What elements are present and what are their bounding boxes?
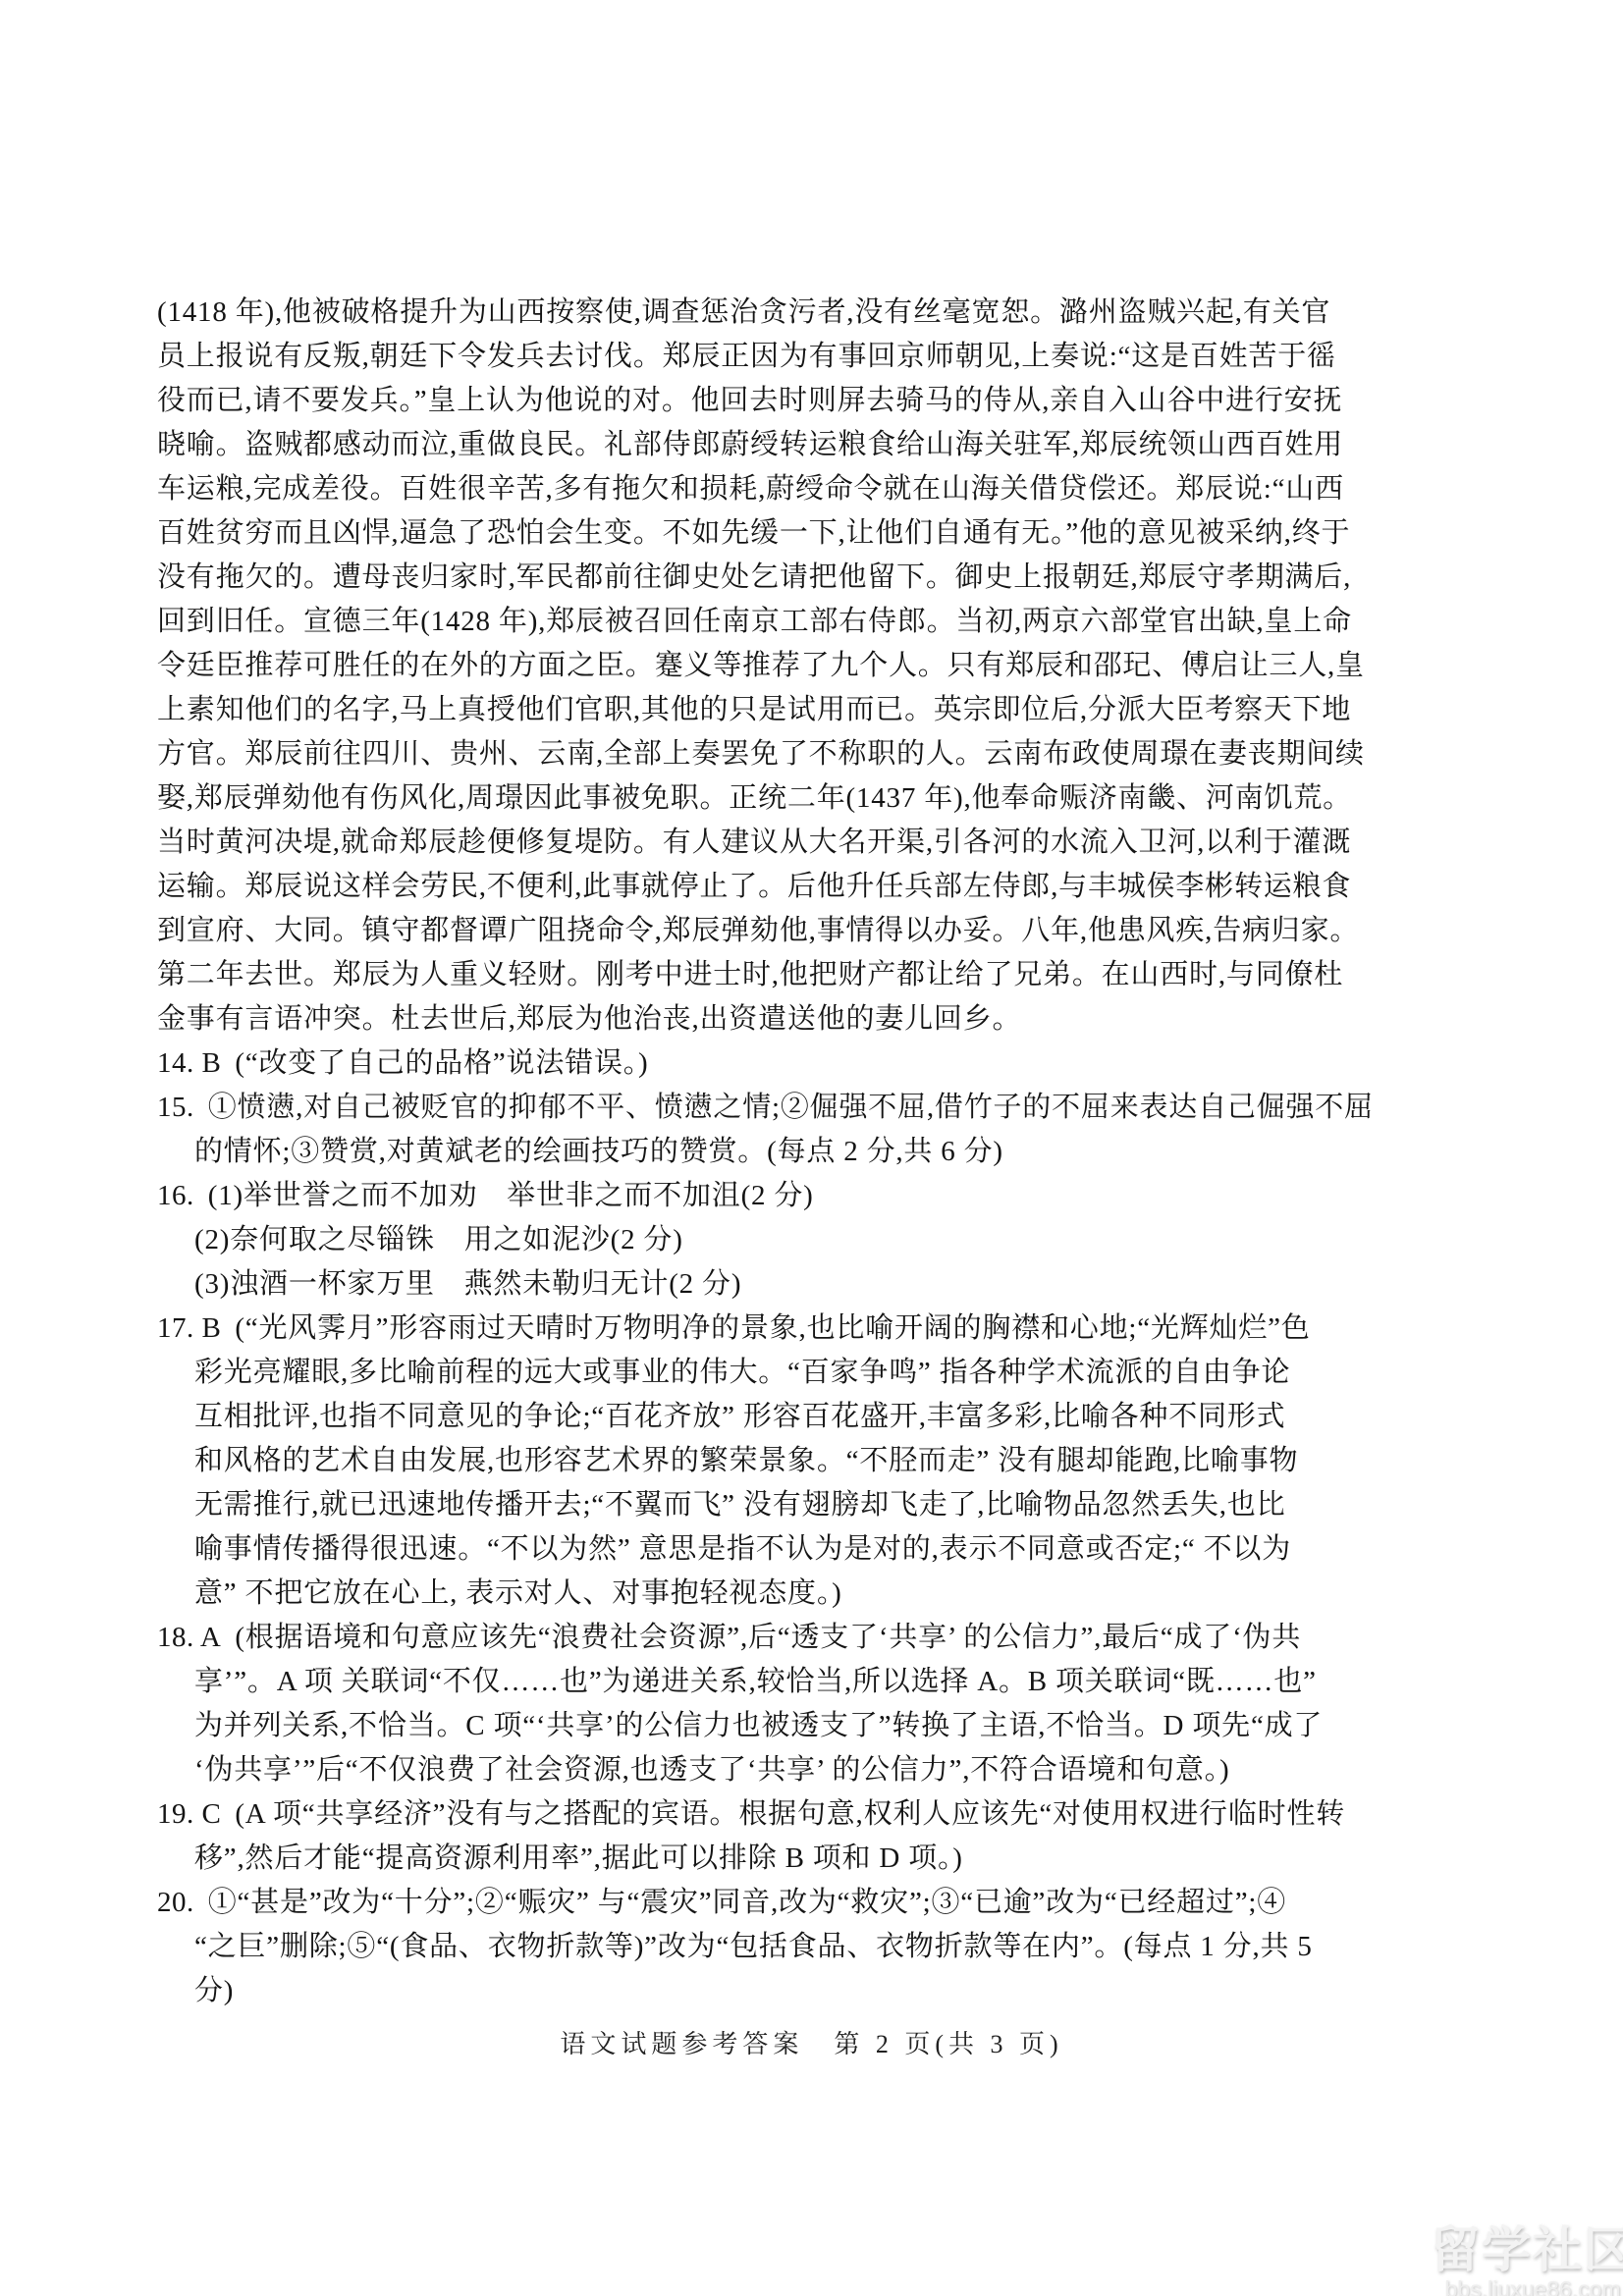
paragraph-line: 百姓贫穷而且凶悍,逼急了恐怕会生变。不如先缓一下,让他们自通有无。”他的意见被采… bbox=[157, 511, 1512, 556]
answer-line: 15.①愤懑,对自己被贬官的抑郁不平、愤懑之情;②倔强不屈,借竹子的不屈来表达自… bbox=[157, 1086, 1512, 1130]
answer-item-20: 20.①“甚是”改为“十分”;②“赈灾” 与“震灾”同音,改为“救灾”;③“已逾… bbox=[157, 1881, 1512, 2013]
paragraph-line: 车运粮,完成差役。百姓很辛苦,多有拖欠和损耗,蔚绶命令就在山海关借贷偿还。郑辰说… bbox=[157, 467, 1512, 511]
answer-line: “之巨”删除;⑤“(食品、衣物折款等)”改为“包括食品、衣物折款等在内”。(每点… bbox=[157, 1925, 1512, 1969]
item-number: 17. B bbox=[157, 1307, 221, 1351]
paragraph-line: 役而已,请不要发兵。”皇上认为他说的对。他回去时则屏去骑马的侍从,亲自入山谷中进… bbox=[157, 379, 1512, 423]
item-text: (“改变了自己的品格”说法错误。) bbox=[235, 1047, 648, 1079]
paragraph-line: 晓喻。盗贼都感动而泣,重做良民。礼部侍郎蔚绶转运粮食给山海关驻军,郑辰统领山西百… bbox=[157, 423, 1512, 467]
item-number: 14. B bbox=[157, 1041, 221, 1086]
paragraph-line: 回到旧任。宣德三年(1428 年),郑辰被召回任南京工部右侍郎。当初,两京六部堂… bbox=[157, 600, 1512, 644]
answer-line: 17. B(“光风霁月”形容雨过天晴时万物明净的景象,也比喻开阔的胸襟和心地;“… bbox=[157, 1307, 1512, 1351]
item-text: ①“甚是”改为“十分”;②“赈灾” 与“震灾”同音,改为“救灾”;③“已逾”改为… bbox=[208, 1887, 1286, 1918]
answer-line: 互相批评,也指不同意见的争论;“百花齐放” 形容百花盛开,丰富多彩,比喻各种不同… bbox=[157, 1395, 1512, 1439]
answer-item-16: 16.(1)举世誉之而不加劝 举世非之而不加沮(2 分) (2)奈何取之尽锱铢 … bbox=[157, 1174, 1512, 1307]
answer-line: 的情怀;③赞赏,对黄斌老的绘画技巧的赞赏。(每点 2 分,共 6 分) bbox=[157, 1130, 1512, 1174]
answer-item-15: 15.①愤懑,对自己被贬官的抑郁不平、愤懑之情;②倔强不屈,借竹子的不屈来表达自… bbox=[157, 1086, 1512, 1174]
answer-item-19: 19. C(A 项“共享经济”没有与之搭配的宾语。根据句意,权利人应该先“对使用… bbox=[157, 1792, 1512, 1881]
watermark-logo: 留学社区 bbox=[1431, 2223, 1623, 2277]
item-text: (“光风霁月”形容雨过天晴时万物明净的景象,也比喻开阔的胸襟和心地;“光辉灿烂”… bbox=[235, 1312, 1310, 1344]
answer-line: 喻事情传播得很迅速。“不以为然” 意思是指不认为是对的,表示不同意或否定;“ 不… bbox=[157, 1527, 1512, 1572]
paragraph-line: 没有拖欠的。遭母丧归家时,军民都前往御史处乞请把他留下。御史上报朝廷,郑辰守孝期… bbox=[157, 556, 1512, 600]
answer-line: 16.(1)举世誉之而不加劝 举世非之而不加沮(2 分) bbox=[157, 1174, 1512, 1218]
item-number: 16. bbox=[157, 1174, 194, 1218]
scanned-answer-page: (1418 年),他被破格提升为山西按察使,调查惩治贪污者,没有丝毫宽恕。潞州盗… bbox=[0, 0, 1623, 2296]
paragraph-line: 运输。郑辰说这样会劳民,不便利,此事就停止了。后他升任兵部左侍郎,与丰城侯李彬转… bbox=[157, 865, 1512, 909]
answer-line: 分) bbox=[157, 1969, 1512, 2013]
item-text: (根据语境和句意应该先“浪费社会资源”,后“透支了‘共享’ 的公信力”,最后“成… bbox=[235, 1622, 1301, 1653]
answer-line: 20.①“甚是”改为“十分”;②“赈灾” 与“震灾”同音,改为“救灾”;③“已逾… bbox=[157, 1881, 1512, 1925]
answer-line: 为并列关系,不恰当。C 项“‘共享’的公信力也被透支了”转换了主语,不恰当。D … bbox=[157, 1704, 1512, 1748]
answer-line: (2)奈何取之尽锱铢 用之如泥沙(2 分) bbox=[157, 1218, 1512, 1262]
item-number: 18. A bbox=[157, 1616, 221, 1660]
paragraph-line: 到宣府、大同。镇守都督谭广阻挠命令,郑辰弹劾他,事情得以办妥。八年,他患风疾,告… bbox=[157, 909, 1512, 953]
answer-line: (3)浊酒一杯家万里 燕然未勒归无计(2 分) bbox=[157, 1262, 1512, 1307]
answer-line: 19. C(A 项“共享经济”没有与之搭配的宾语。根据句意,权利人应该先“对使用… bbox=[157, 1792, 1512, 1837]
answer-line: 18. A(根据语境和句意应该先“浪费社会资源”,后“透支了‘共享’ 的公信力”… bbox=[157, 1616, 1512, 1660]
answer-line: 移”,然后才能“提高资源利用率”,据此可以排除 B 项和 D 项。) bbox=[157, 1837, 1512, 1881]
item-text: ①愤懑,对自己被贬官的抑郁不平、愤懑之情;②倔强不屈,借竹子的不屈来表达自己倔强… bbox=[208, 1092, 1374, 1123]
item-number: 20. bbox=[157, 1881, 194, 1925]
item-text: (1)举世誉之而不加劝 举世非之而不加沮(2 分) bbox=[208, 1180, 814, 1211]
answer-item-18: 18. A(根据语境和句意应该先“浪费社会资源”,后“透支了‘共享’ 的公信力”… bbox=[157, 1616, 1512, 1792]
translation-paragraph: (1418 年),他被破格提升为山西按察使,调查惩治贪污者,没有丝毫宽恕。潞州盗… bbox=[157, 291, 1512, 1041]
watermark: 留学社区 bbs.liuxue86.com bbox=[1431, 2223, 1623, 2296]
answer-item-14: 14. B(“改变了自己的品格”说法错误。) bbox=[157, 1041, 1512, 1086]
item-text: (A 项“共享经济”没有与之搭配的宾语。根据句意,权利人应该先“对使用权进行临时… bbox=[235, 1798, 1345, 1830]
item-number: 15. bbox=[157, 1086, 194, 1130]
paragraph-line: (1418 年),他被破格提升为山西按察使,调查惩治贪污者,没有丝毫宽恕。潞州盗… bbox=[157, 291, 1512, 335]
paragraph-line: 上素知他们的名字,马上真授他们官职,其他的只是试用而已。英宗即位后,分派大臣考察… bbox=[157, 688, 1512, 732]
answer-item-17: 17. B(“光风霁月”形容雨过天晴时万物明净的景象,也比喻开阔的胸襟和心地;“… bbox=[157, 1307, 1512, 1616]
answer-line: 意” 不把它放在心上, 表示对人、对事抱轻视态度。) bbox=[157, 1572, 1512, 1616]
paragraph-line: 令廷臣推荐可胜任的在外的方面之臣。蹇义等推荐了九个人。只有郑辰和邵玘、傅启让三人… bbox=[157, 644, 1512, 688]
paragraph-line: 娶,郑辰弹劾他有伤风化,周璟因此事被免职。正统二年(1437 年),他奉命赈济南… bbox=[157, 776, 1512, 821]
paragraph-line: 方官。郑辰前往四川、贵州、云南,全部上奏罢免了不称职的人。云南布政使周璟在妻丧期… bbox=[157, 732, 1512, 776]
answer-line: 14. B(“改变了自己的品格”说法错误。) bbox=[157, 1041, 1512, 1086]
answer-line: 和风格的艺术自由发展,也形容艺术界的繁荣景象。“不胫而走” 没有腿却能跑,比喻事… bbox=[157, 1439, 1512, 1483]
page-footer: 语文试题参考答案 第 2 页(共 3 页) bbox=[0, 2024, 1623, 2060]
paragraph-line: 当时黄河决堤,就命郑辰趁便修复堤防。有人建议从大名开渠,引各河的水流入卫河,以利… bbox=[157, 821, 1512, 865]
answer-line: 彩光亮耀眼,多比喻前程的远大或事业的伟大。“百家争鸣” 指各种学术流派的自由争论 bbox=[157, 1351, 1512, 1395]
paragraph-line: 第二年去世。郑辰为人重义轻财。刚考中进士时,他把财产都让给了兄弟。在山西时,与同… bbox=[157, 953, 1512, 997]
paragraph-line: 员上报说有反叛,朝廷下令发兵去讨伐。郑辰正因为有事回京师朝见,上奏说:“这是百姓… bbox=[157, 335, 1512, 379]
watermark-url: bbs.liuxue86.com bbox=[1431, 2277, 1623, 2296]
answer-content: (1418 年),他被破格提升为山西按察使,调查惩治贪污者,没有丝毫宽恕。潞州盗… bbox=[157, 291, 1512, 2013]
item-number: 19. C bbox=[157, 1792, 221, 1837]
paragraph-line: 金事有言语冲突。杜去世后,郑辰为他治丧,出资遣送他的妻儿回乡。 bbox=[157, 997, 1512, 1041]
answer-line: 享’”。A 项 关联词“不仅……也”为递进关系,较恰当,所以选择 A。B 项关联… bbox=[157, 1660, 1512, 1704]
answer-line: ‘伪共享’”后“不仅浪费了社会资源,也透支了‘共享’ 的公信力”,不符合语境和句… bbox=[157, 1748, 1512, 1792]
answer-line: 无需推行,就已迅速地传播开去;“不翼而飞” 没有翅膀却飞走了,比喻物品忽然丢失,… bbox=[157, 1483, 1512, 1527]
